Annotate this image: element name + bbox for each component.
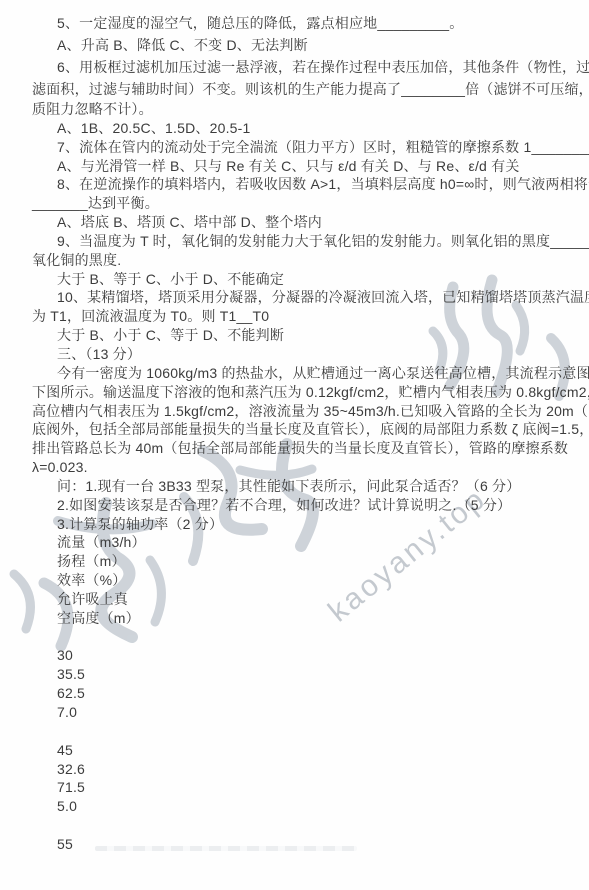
doc-line xyxy=(32,722,585,741)
doc-line xyxy=(32,628,585,647)
doc-line: 7、流体在管内的流动处于完全湍流（阻力平方）区时，粗糙管的摩擦系数 1_____… xyxy=(32,138,585,157)
document-page: kaoyany.top 5、一定湿度的湿空气，随总压的降低，露点相应地_____… xyxy=(0,0,589,890)
doc-line: 问：1.现有一台 3B33 型泵，其性能如下表所示，问此泵合适否？（6 分） xyxy=(32,477,585,496)
doc-line: 质阻力忽略不计）。 xyxy=(32,100,585,119)
doc-line: 35.5 xyxy=(32,665,585,684)
doc-line: A、升高 B、降低 C、不变 D、无法判断 xyxy=(32,34,585,56)
doc-line: 今有一密度为 1060kg/m3 的热盐水，从贮槽通过一离心泵送往高位槽，其流程… xyxy=(32,364,585,383)
doc-line: 扬程（m） xyxy=(32,552,585,571)
doc-line: A、与光滑管一样 B、只与 Re 有关 C、只与 ε/d 有关 D、与 Re、ε… xyxy=(32,157,585,176)
doc-line: 62.5 xyxy=(32,684,585,703)
doc-line: 氧化铜的黑度. xyxy=(32,251,585,270)
doc-line: 55 xyxy=(32,835,585,854)
doc-line: 允许吸上真 xyxy=(32,590,585,609)
doc-line: 为 T1，回流液温度为 T0。则 T1__T0 xyxy=(32,307,585,326)
doc-line: 6、用板框过滤机加压过滤一悬浮液，若在操作过程中表压加倍，其他条件（物性，过 xyxy=(32,56,585,78)
document-lines: 5、一定湿度的湿空气，随总压的降低，露点相应地_________。A、升高 B、… xyxy=(0,0,589,854)
doc-line: 45 xyxy=(32,741,585,760)
doc-line: 底阀外，包括全部局部能量损失的当量长度及直管长），底阀的局部阻力系数 ζ 底阀=… xyxy=(32,420,585,439)
doc-line: 滤面积，过滤与辅助时间）不变。则该机的生产能力提高了________倍（滤饼不可… xyxy=(32,78,585,100)
doc-line: 32.6 xyxy=(32,760,585,779)
doc-line: 三、（13 分） xyxy=(32,345,585,364)
doc-line: 7.0 xyxy=(32,703,585,722)
scanned-exam-page: { "page": { "background": "#ffffff", "te… xyxy=(0,0,589,890)
doc-line: 大于 B、小于 C、等于 D、不能判断 xyxy=(32,326,585,345)
doc-line: 效率（%） xyxy=(32,571,585,590)
doc-line: 10、某精馏塔，塔顶采用分凝器，分凝器的冷凝液回流入塔，已知精馏塔塔顶蒸汽温度 xyxy=(32,288,585,307)
doc-line xyxy=(32,816,585,835)
doc-line: 8、在逆流操作的填料塔内，若吸收因数 A>1，当填料层高度 h0=∞时，则气液两… xyxy=(32,175,585,194)
doc-line: 排出管路总长为 40m（包括全部局部能量损失的当量长度及直管长），管路的摩擦系数 xyxy=(32,439,585,458)
doc-line: 5.0 xyxy=(32,797,585,816)
doc-line: 高位槽内气相表压为 1.5kgf/cm2，溶液流量为 35~45m3/h.已知吸… xyxy=(32,402,585,421)
doc-line: λ=0.023. xyxy=(32,458,585,477)
doc-line: A、1B、20.5C、1.5D、20.5-1 xyxy=(32,119,585,138)
doc-line: 下图所示。输送温度下溶液的饱和蒸汽压为 0.12kgf/cm2，贮槽内气相表压为… xyxy=(32,383,585,402)
doc-line: 大于 B、等于 C、小于 D、不能确定 xyxy=(32,270,585,289)
doc-line: 2.如图安装该泵是否合理？若不合理，如何改进？试计算说明之.（5 分） xyxy=(32,496,585,515)
doc-line: 30 xyxy=(32,646,585,665)
doc-line: A、塔底 B、塔顶 C、塔中部 D、整个塔内 xyxy=(32,213,585,232)
doc-line: 9、当温度为 T 时，氧化铜的发射能力大于氧化铝的发射能力。则氧化铝的黑度___… xyxy=(32,232,585,251)
doc-line: 3.计算泵的轴功率（2 分） xyxy=(32,515,585,534)
doc-line: _______达到平衡。 xyxy=(32,194,585,213)
doc-line: 71.5 xyxy=(32,778,585,797)
doc-line: 空高度（m） xyxy=(32,609,585,628)
doc-line: 流量（m3/h） xyxy=(32,533,585,552)
doc-line: 5、一定湿度的湿空气，随总压的降低，露点相应地_________。 xyxy=(32,12,585,34)
